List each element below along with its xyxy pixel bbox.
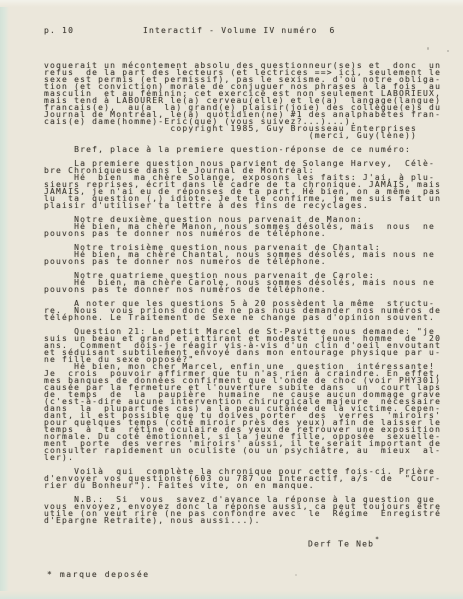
scanned-page: p. 10 Interactif - Volume IV numéro 6 vo… [0, 0, 463, 599]
footnote-trademark-notice: * marque deposée [47, 570, 150, 579]
scan-speck [427, 47, 429, 50]
scan-edge-left [0, 0, 9, 599]
scan-edge-bottom [0, 591, 463, 599]
document-body-text: voquerait un mécontement absolu des ques… [44, 62, 441, 524]
page-title: Interactif - Volume IV numéro 6 [143, 26, 336, 35]
trademark-asterisk: * [375, 536, 380, 543]
signature: Derf Te Neb* [308, 538, 379, 549]
scan-speck [295, 574, 297, 576]
page-number: p. 10 [44, 26, 74, 35]
scan-speck [447, 50, 449, 52]
scan-edge-top [0, 0, 463, 7]
signature-name: Derf Te Neb [308, 540, 374, 549]
